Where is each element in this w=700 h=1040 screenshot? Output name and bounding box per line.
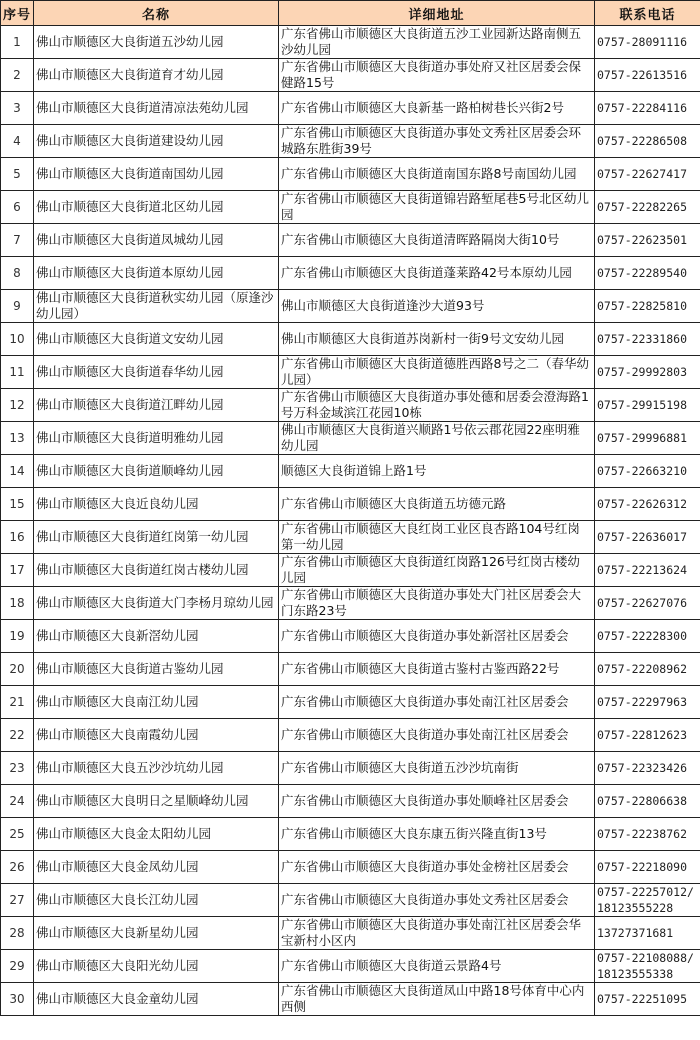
cell-phone: 0757-22626312 [595, 488, 700, 521]
cell-index: 17 [1, 554, 34, 587]
table-row: 1 佛山市顺德区大良街道五沙幼儿园 广东省佛山市顺德区大良街道五沙工业园新达路南… [1, 26, 700, 59]
cell-phone: 0757-22213624 [595, 554, 700, 587]
cell-name: 佛山市顺德区大良长江幼儿园 [34, 884, 279, 917]
cell-phone: 0757-22284116 [595, 92, 700, 125]
header-index: 序号 [1, 1, 34, 26]
table-row: 6 佛山市顺德区大良街道北区幼儿园 广东省佛山市顺德区大良街道锦岩路堑尾巷5号北… [1, 191, 700, 224]
cell-address: 佛山市顺德区大良街道苏岗新村一街9号文安幼儿园 [279, 323, 595, 356]
cell-name: 佛山市顺德区大良街道五沙幼儿园 [34, 26, 279, 59]
table-row: 29 佛山市顺德区大良阳光幼儿园 广东省佛山市顺德区大良街道云景路4号 0757… [1, 950, 700, 983]
cell-index: 15 [1, 488, 34, 521]
cell-address: 广东省佛山市顺德区大良街道南国东路8号南国幼儿园 [279, 158, 595, 191]
header-name: 名称 [34, 1, 279, 26]
cell-name: 佛山市顺德区大良街道古鉴幼儿园 [34, 653, 279, 686]
cell-name: 佛山市顺德区大良街道文安幼儿园 [34, 323, 279, 356]
cell-index: 1 [1, 26, 34, 59]
cell-name: 佛山市顺德区大良街道本原幼儿园 [34, 257, 279, 290]
cell-index: 11 [1, 356, 34, 389]
table-row: 8 佛山市顺德区大良街道本原幼儿园 广东省佛山市顺德区大良街道蓬莱路42号本原幼… [1, 257, 700, 290]
cell-address: 广东省佛山市顺德区大良街道清晖路隔岗大街10号 [279, 224, 595, 257]
cell-phone: 0757-29915198 [595, 389, 700, 422]
cell-phone: 0757-29996881 [595, 422, 700, 455]
cell-name: 佛山市顺德区大良街道秋实幼儿园（原逢沙幼儿园） [34, 290, 279, 323]
cell-index: 10 [1, 323, 34, 356]
table-row: 20 佛山市顺德区大良街道古鉴幼儿园 广东省佛山市顺德区大良街道古鉴村古鉴西路2… [1, 653, 700, 686]
cell-index: 27 [1, 884, 34, 917]
table-row: 16 佛山市顺德区大良街道红岗第一幼儿园 广东省佛山市顺德区大良红岗工业区良杏路… [1, 521, 700, 554]
cell-index: 6 [1, 191, 34, 224]
cell-index: 25 [1, 818, 34, 851]
cell-phone: 0757-29992803 [595, 356, 700, 389]
cell-address: 广东省佛山市顺德区大良街道办事处文秀社区居委会 [279, 884, 595, 917]
cell-phone: 0757-22806638 [595, 785, 700, 818]
cell-name: 佛山市顺德区大良街道明雅幼儿园 [34, 422, 279, 455]
table-row: 12 佛山市顺德区大良街道江畔幼儿园 广东省佛山市顺德区大良街道办事处德和居委会… [1, 389, 700, 422]
cell-address: 顺德区大良街道锦上路1号 [279, 455, 595, 488]
cell-address: 广东省佛山市顺德区大良街道五沙沙坑南街 [279, 752, 595, 785]
cell-address: 广东省佛山市顺德区大良街道办事处顺峰社区居委会 [279, 785, 595, 818]
cell-address: 广东省佛山市顺德区大良街道五沙工业园新达路南侧五沙幼儿园 [279, 26, 595, 59]
cell-name: 佛山市顺德区大良街道凤城幼儿园 [34, 224, 279, 257]
table-row: 22 佛山市顺德区大良南霞幼儿园 广东省佛山市顺德区大良街道办事处南江社区居委会… [1, 719, 700, 752]
cell-address: 广东省佛山市顺德区大良街道德胜西路8号之二（春华幼儿园） [279, 356, 595, 389]
table-row: 9 佛山市顺德区大良街道秋实幼儿园（原逢沙幼儿园） 佛山市顺德区大良街道逢沙大道… [1, 290, 700, 323]
cell-address: 广东省佛山市顺德区大良街道古鉴村古鉴西路22号 [279, 653, 595, 686]
cell-phone: 13727371681 [595, 917, 700, 950]
cell-name: 佛山市顺德区大良街道红岗第一幼儿园 [34, 521, 279, 554]
table-row: 7 佛山市顺德区大良街道凤城幼儿园 广东省佛山市顺德区大良街道清晖路隔岗大街10… [1, 224, 700, 257]
cell-address: 广东省佛山市顺德区大良街道办事处南江社区居委会 [279, 719, 595, 752]
cell-address: 广东省佛山市顺德区大良街道凤山中路18号体育中心内西侧 [279, 983, 595, 1016]
cell-name: 佛山市顺德区大良南江幼儿园 [34, 686, 279, 719]
kindergarten-table: 序号 名称 详细地址 联系电话 1 佛山市顺德区大良街道五沙幼儿园 广东省佛山市… [0, 0, 700, 1016]
cell-address: 广东省佛山市顺德区大良街道办事处文秀社区居委会环城路东胜街39号 [279, 125, 595, 158]
cell-address: 广东省佛山市顺德区大良新基一路柏树巷长兴街2号 [279, 92, 595, 125]
table-row: 19 佛山市顺德区大良新滘幼儿园 广东省佛山市顺德区大良街道办事处新滘社区居委会… [1, 620, 700, 653]
cell-phone: 0757-22108088/18123555338 [595, 950, 700, 983]
cell-name: 佛山市顺德区大良街道红岗古楼幼儿园 [34, 554, 279, 587]
cell-phone: 0757-28091116 [595, 26, 700, 59]
cell-address: 佛山市顺德区大良街道逢沙大道93号 [279, 290, 595, 323]
cell-index: 7 [1, 224, 34, 257]
cell-phone: 0757-22627417 [595, 158, 700, 191]
cell-phone: 0757-22613516 [595, 59, 700, 92]
table-row: 10 佛山市顺德区大良街道文安幼儿园 佛山市顺德区大良街道苏岗新村一街9号文安幼… [1, 323, 700, 356]
cell-name: 佛山市顺德区大良阳光幼儿园 [34, 950, 279, 983]
table-row: 17 佛山市顺德区大良街道红岗古楼幼儿园 广东省佛山市顺德区大良街道红岗路126… [1, 554, 700, 587]
cell-name: 佛山市顺德区大良金太阳幼儿园 [34, 818, 279, 851]
cell-index: 23 [1, 752, 34, 785]
table-row: 14 佛山市顺德区大良街道顺峰幼儿园 顺德区大良街道锦上路1号 0757-226… [1, 455, 700, 488]
cell-address: 广东省佛山市顺德区大良街道办事处大门社区居委会大门东路23号 [279, 587, 595, 620]
cell-name: 佛山市顺德区大良街道江畔幼儿园 [34, 389, 279, 422]
cell-index: 9 [1, 290, 34, 323]
cell-index: 12 [1, 389, 34, 422]
table-row: 13 佛山市顺德区大良街道明雅幼儿园 佛山市顺德区大良街道兴顺路1号依云郡花园2… [1, 422, 700, 455]
cell-index: 2 [1, 59, 34, 92]
table-row: 26 佛山市顺德区大良金凤幼儿园 广东省佛山市顺德区大良街道办事处金榜社区居委会… [1, 851, 700, 884]
cell-name: 佛山市顺德区大良五沙沙坑幼儿园 [34, 752, 279, 785]
cell-phone: 0757-22331860 [595, 323, 700, 356]
cell-phone: 0757-22228300 [595, 620, 700, 653]
cell-address: 佛山市顺德区大良街道兴顺路1号依云郡花园22座明雅幼儿园 [279, 422, 595, 455]
cell-name: 佛山市顺德区大良南霞幼儿园 [34, 719, 279, 752]
cell-address: 广东省佛山市顺德区大良街道办事处南江社区居委会华宝新村小区内 [279, 917, 595, 950]
cell-address: 广东省佛山市顺德区大良街道锦岩路堑尾巷5号北区幼儿园 [279, 191, 595, 224]
cell-phone: 0757-22297963 [595, 686, 700, 719]
table-row: 23 佛山市顺德区大良五沙沙坑幼儿园 广东省佛山市顺德区大良街道五沙沙坑南街 0… [1, 752, 700, 785]
cell-name: 佛山市顺德区大良街道北区幼儿园 [34, 191, 279, 224]
cell-name: 佛山市顺德区大良新滘幼儿园 [34, 620, 279, 653]
table-row: 27 佛山市顺德区大良长江幼儿园 广东省佛山市顺德区大良街道办事处文秀社区居委会… [1, 884, 700, 917]
cell-index: 8 [1, 257, 34, 290]
cell-index: 26 [1, 851, 34, 884]
cell-address: 广东省佛山市顺德区大良红岗工业区良杏路104号红岗第一幼儿园 [279, 521, 595, 554]
table-row: 18 佛山市顺德区大良街道大门李杨月琼幼儿园 广东省佛山市顺德区大良街道办事处大… [1, 587, 700, 620]
cell-index: 29 [1, 950, 34, 983]
header-phone: 联系电话 [595, 1, 700, 26]
cell-address: 广东省佛山市顺德区大良街道办事处金榜社区居委会 [279, 851, 595, 884]
table-row: 3 佛山市顺德区大良街道清凉法苑幼儿园 广东省佛山市顺德区大良新基一路柏树巷长兴… [1, 92, 700, 125]
cell-phone: 0757-22663210 [595, 455, 700, 488]
table-row: 2 佛山市顺德区大良街道育才幼儿园 广东省佛山市顺德区大良街道办事处府又社区居委… [1, 59, 700, 92]
table-row: 4 佛山市顺德区大良街道建设幼儿园 广东省佛山市顺德区大良街道办事处文秀社区居委… [1, 125, 700, 158]
cell-phone: 0757-22812623 [595, 719, 700, 752]
cell-name: 佛山市顺德区大良街道育才幼儿园 [34, 59, 279, 92]
cell-phone: 0757-22825810 [595, 290, 700, 323]
cell-address: 广东省佛山市顺德区大良街道办事处德和居委会澄海路1号万科金域滨江花园10栋 [279, 389, 595, 422]
table-row: 11 佛山市顺德区大良街道春华幼儿园 广东省佛山市顺德区大良街道德胜西路8号之二… [1, 356, 700, 389]
header-address: 详细地址 [279, 1, 595, 26]
table-row: 21 佛山市顺德区大良南江幼儿园 广东省佛山市顺德区大良街道办事处南江社区居委会… [1, 686, 700, 719]
cell-index: 20 [1, 653, 34, 686]
cell-name: 佛山市顺德区大良金凤幼儿园 [34, 851, 279, 884]
cell-name: 佛山市顺德区大良明日之星顺峰幼儿园 [34, 785, 279, 818]
cell-name: 佛山市顺德区大良街道清凉法苑幼儿园 [34, 92, 279, 125]
cell-phone: 0757-22623501 [595, 224, 700, 257]
cell-index: 30 [1, 983, 34, 1016]
cell-index: 16 [1, 521, 34, 554]
cell-address: 广东省佛山市顺德区大良街道办事处南江社区居委会 [279, 686, 595, 719]
cell-phone: 0757-22627076 [595, 587, 700, 620]
cell-name: 佛山市顺德区大良街道建设幼儿园 [34, 125, 279, 158]
table-row: 5 佛山市顺德区大良街道南国幼儿园 广东省佛山市顺德区大良街道南国东路8号南国幼… [1, 158, 700, 191]
cell-index: 13 [1, 422, 34, 455]
cell-index: 22 [1, 719, 34, 752]
cell-name: 佛山市顺德区大良近良幼儿园 [34, 488, 279, 521]
cell-name: 佛山市顺德区大良街道春华幼儿园 [34, 356, 279, 389]
cell-phone: 0757-22289540 [595, 257, 700, 290]
table-row: 28 佛山市顺德区大良新星幼儿园 广东省佛山市顺德区大良街道办事处南江社区居委会… [1, 917, 700, 950]
table-row: 25 佛山市顺德区大良金太阳幼儿园 广东省佛山市顺德区大良东康五街兴隆直街13号… [1, 818, 700, 851]
cell-address: 广东省佛山市顺德区大良街道云景路4号 [279, 950, 595, 983]
cell-index: 28 [1, 917, 34, 950]
cell-phone: 0757-22238762 [595, 818, 700, 851]
cell-address: 广东省佛山市顺德区大良街道蓬莱路42号本原幼儿园 [279, 257, 595, 290]
cell-index: 4 [1, 125, 34, 158]
cell-address: 广东省佛山市顺德区大良街道办事处府又社区居委会保健路15号 [279, 59, 595, 92]
cell-index: 3 [1, 92, 34, 125]
table-header-row: 序号 名称 详细地址 联系电话 [1, 1, 700, 26]
cell-index: 14 [1, 455, 34, 488]
cell-address: 广东省佛山市顺德区大良东康五街兴隆直街13号 [279, 818, 595, 851]
cell-name: 佛山市顺德区大良街道顺峰幼儿园 [34, 455, 279, 488]
cell-phone: 0757-22257012/18123555228 [595, 884, 700, 917]
table-body: 1 佛山市顺德区大良街道五沙幼儿园 广东省佛山市顺德区大良街道五沙工业园新达路南… [1, 26, 700, 1016]
cell-phone: 0757-22286508 [595, 125, 700, 158]
cell-index: 19 [1, 620, 34, 653]
cell-phone: 0757-22282265 [595, 191, 700, 224]
cell-address: 广东省佛山市顺德区大良街道五坊德元路 [279, 488, 595, 521]
table-row: 24 佛山市顺德区大良明日之星顺峰幼儿园 广东省佛山市顺德区大良街道办事处顺峰社… [1, 785, 700, 818]
cell-index: 5 [1, 158, 34, 191]
cell-phone: 0757-22251095 [595, 983, 700, 1016]
cell-index: 21 [1, 686, 34, 719]
cell-name: 佛山市顺德区大良街道南国幼儿园 [34, 158, 279, 191]
cell-name: 佛山市顺德区大良新星幼儿园 [34, 917, 279, 950]
cell-index: 24 [1, 785, 34, 818]
cell-phone: 0757-22323426 [595, 752, 700, 785]
cell-name: 佛山市顺德区大良街道大门李杨月琼幼儿园 [34, 587, 279, 620]
table-row: 15 佛山市顺德区大良近良幼儿园 广东省佛山市顺德区大良街道五坊德元路 0757… [1, 488, 700, 521]
cell-phone: 0757-22636017 [595, 521, 700, 554]
cell-index: 18 [1, 587, 34, 620]
cell-address: 广东省佛山市顺德区大良街道红岗路126号红岗古楼幼儿园 [279, 554, 595, 587]
cell-name: 佛山市顺德区大良金童幼儿园 [34, 983, 279, 1016]
cell-phone: 0757-22218090 [595, 851, 700, 884]
table-row: 30 佛山市顺德区大良金童幼儿园 广东省佛山市顺德区大良街道凤山中路18号体育中… [1, 983, 700, 1016]
cell-phone: 0757-22208962 [595, 653, 700, 686]
cell-address: 广东省佛山市顺德区大良街道办事处新滘社区居委会 [279, 620, 595, 653]
